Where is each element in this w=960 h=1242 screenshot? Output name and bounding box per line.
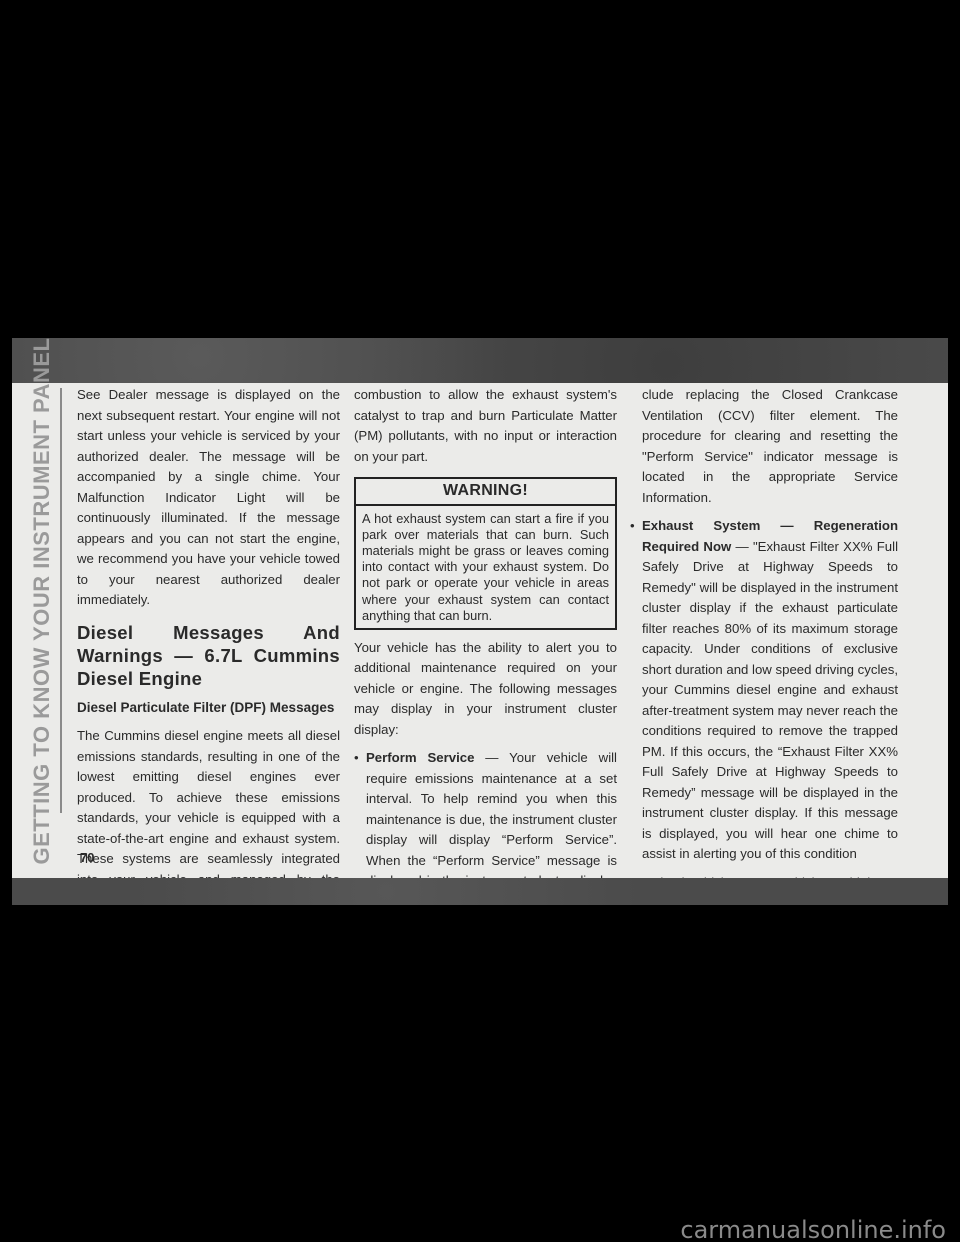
- bullet-label: Perform Service: [366, 750, 474, 765]
- manual-page: GETTING TO KNOW YOUR INSTRUMENT PANEL Se…: [12, 338, 948, 905]
- bullet-continuation: clude replacing the Closed Crankcase Ven…: [630, 385, 898, 508]
- bullet-text: — "Exhaust Filter XX% Full Safely Drive …: [642, 539, 898, 862]
- column-2: combustion to allow the exhaust system's…: [354, 385, 617, 905]
- column-3: clude replacing the Closed Crankcase Ven…: [630, 385, 898, 905]
- intro-paragraph: See Dealer message is displayed on the n…: [77, 385, 340, 611]
- warning-title: WARNING!: [356, 479, 615, 506]
- combustion-paragraph: combustion to allow the exhaust system's…: [354, 385, 617, 467]
- page-top-band: [12, 338, 948, 383]
- section-title-vertical: GETTING TO KNOW YOUR INSTRUMENT PANEL: [29, 338, 55, 864]
- subsection-heading: Diesel Particulate Filter (DPF) Messages: [77, 698, 340, 719]
- section-sidebar: GETTING TO KNOW YOUR INSTRUMENT PANEL: [24, 388, 62, 813]
- column-1: See Dealer message is displayed on the n…: [77, 385, 340, 905]
- alerts-paragraph: Your vehicle has the ability to alert yo…: [354, 638, 617, 741]
- warning-box: WARNING! A hot exhaust system can start …: [354, 477, 617, 630]
- section-heading: Diesel Messages And Warnings — 6.7L Cumm…: [77, 621, 340, 690]
- page-bottom-band: [12, 878, 948, 905]
- page-number: 70: [80, 850, 94, 865]
- warning-body: A hot exhaust system can start a fire if…: [356, 506, 615, 628]
- bullet-exhaust-regeneration: Exhaust System — Regeneration Required N…: [630, 516, 898, 865]
- watermark-text: carmanualsonline.info: [680, 1216, 946, 1242]
